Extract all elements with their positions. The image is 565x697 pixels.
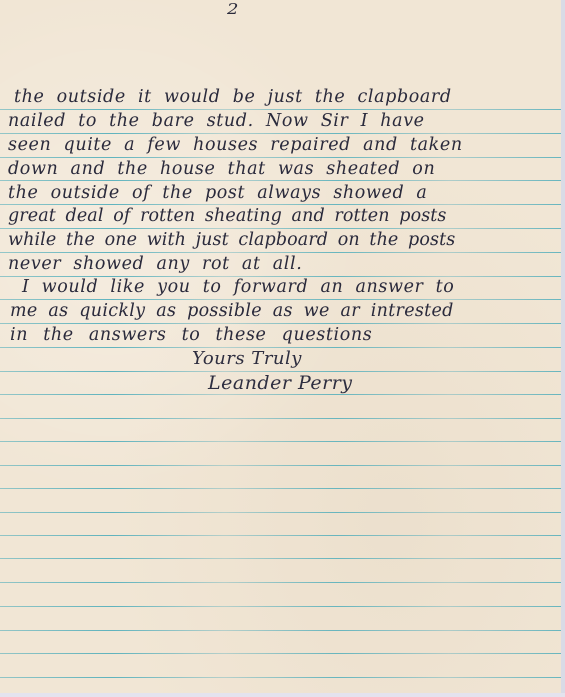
ruled-line	[0, 418, 561, 419]
ruled-line	[0, 157, 561, 158]
ruled-line	[0, 441, 561, 442]
page-number: 2	[227, 0, 238, 18]
ruled-line	[0, 228, 561, 229]
ruled-line	[0, 180, 561, 181]
letter-line: nailed to the bare stud. Now Sir I have	[8, 111, 425, 131]
ruled-line	[0, 606, 561, 607]
ruled-line	[0, 488, 561, 489]
letter-line: the outside it would be just the clapboa…	[14, 87, 452, 107]
scan-edge-bottom	[0, 693, 565, 697]
letter-signature: Leander Perry	[208, 373, 353, 393]
ruled-line	[0, 323, 561, 324]
ruled-line	[0, 252, 561, 253]
ruled-line	[0, 299, 561, 300]
letter-line: while the one with just clapboard on the…	[8, 230, 455, 250]
letter-line: the outside of the post always showed a	[8, 183, 427, 203]
ruled-line	[0, 558, 561, 559]
letter-closing: Yours Truly	[192, 349, 302, 369]
ruled-line	[0, 512, 561, 513]
scan-edge-right	[561, 0, 565, 697]
letter-line: never showed any rot at all.	[8, 254, 302, 274]
letter-line: seen quite a few houses repaired and tak…	[8, 135, 463, 155]
ruled-line	[0, 109, 561, 110]
letter-line: great deal of rotten sheating and rotten…	[8, 206, 447, 226]
ruled-line	[0, 394, 561, 395]
ruled-line	[0, 204, 561, 205]
letter-line: I would like you to forward an answer to	[22, 277, 454, 297]
ruled-line	[0, 133, 561, 134]
ruled-line	[0, 630, 561, 631]
ruled-line	[0, 677, 561, 678]
ruled-line	[0, 535, 561, 536]
ruled-line	[0, 582, 561, 583]
ruled-line	[0, 653, 561, 654]
letter-line: down and the house that was sheated on	[8, 159, 435, 179]
letter-line: me as quickly as possible as we ar intre…	[10, 301, 454, 321]
letter-line: in the answers to these questions	[10, 325, 372, 345]
ruled-line	[0, 465, 561, 466]
letter-page: 2 the outside it would be just the clapb…	[0, 0, 561, 693]
